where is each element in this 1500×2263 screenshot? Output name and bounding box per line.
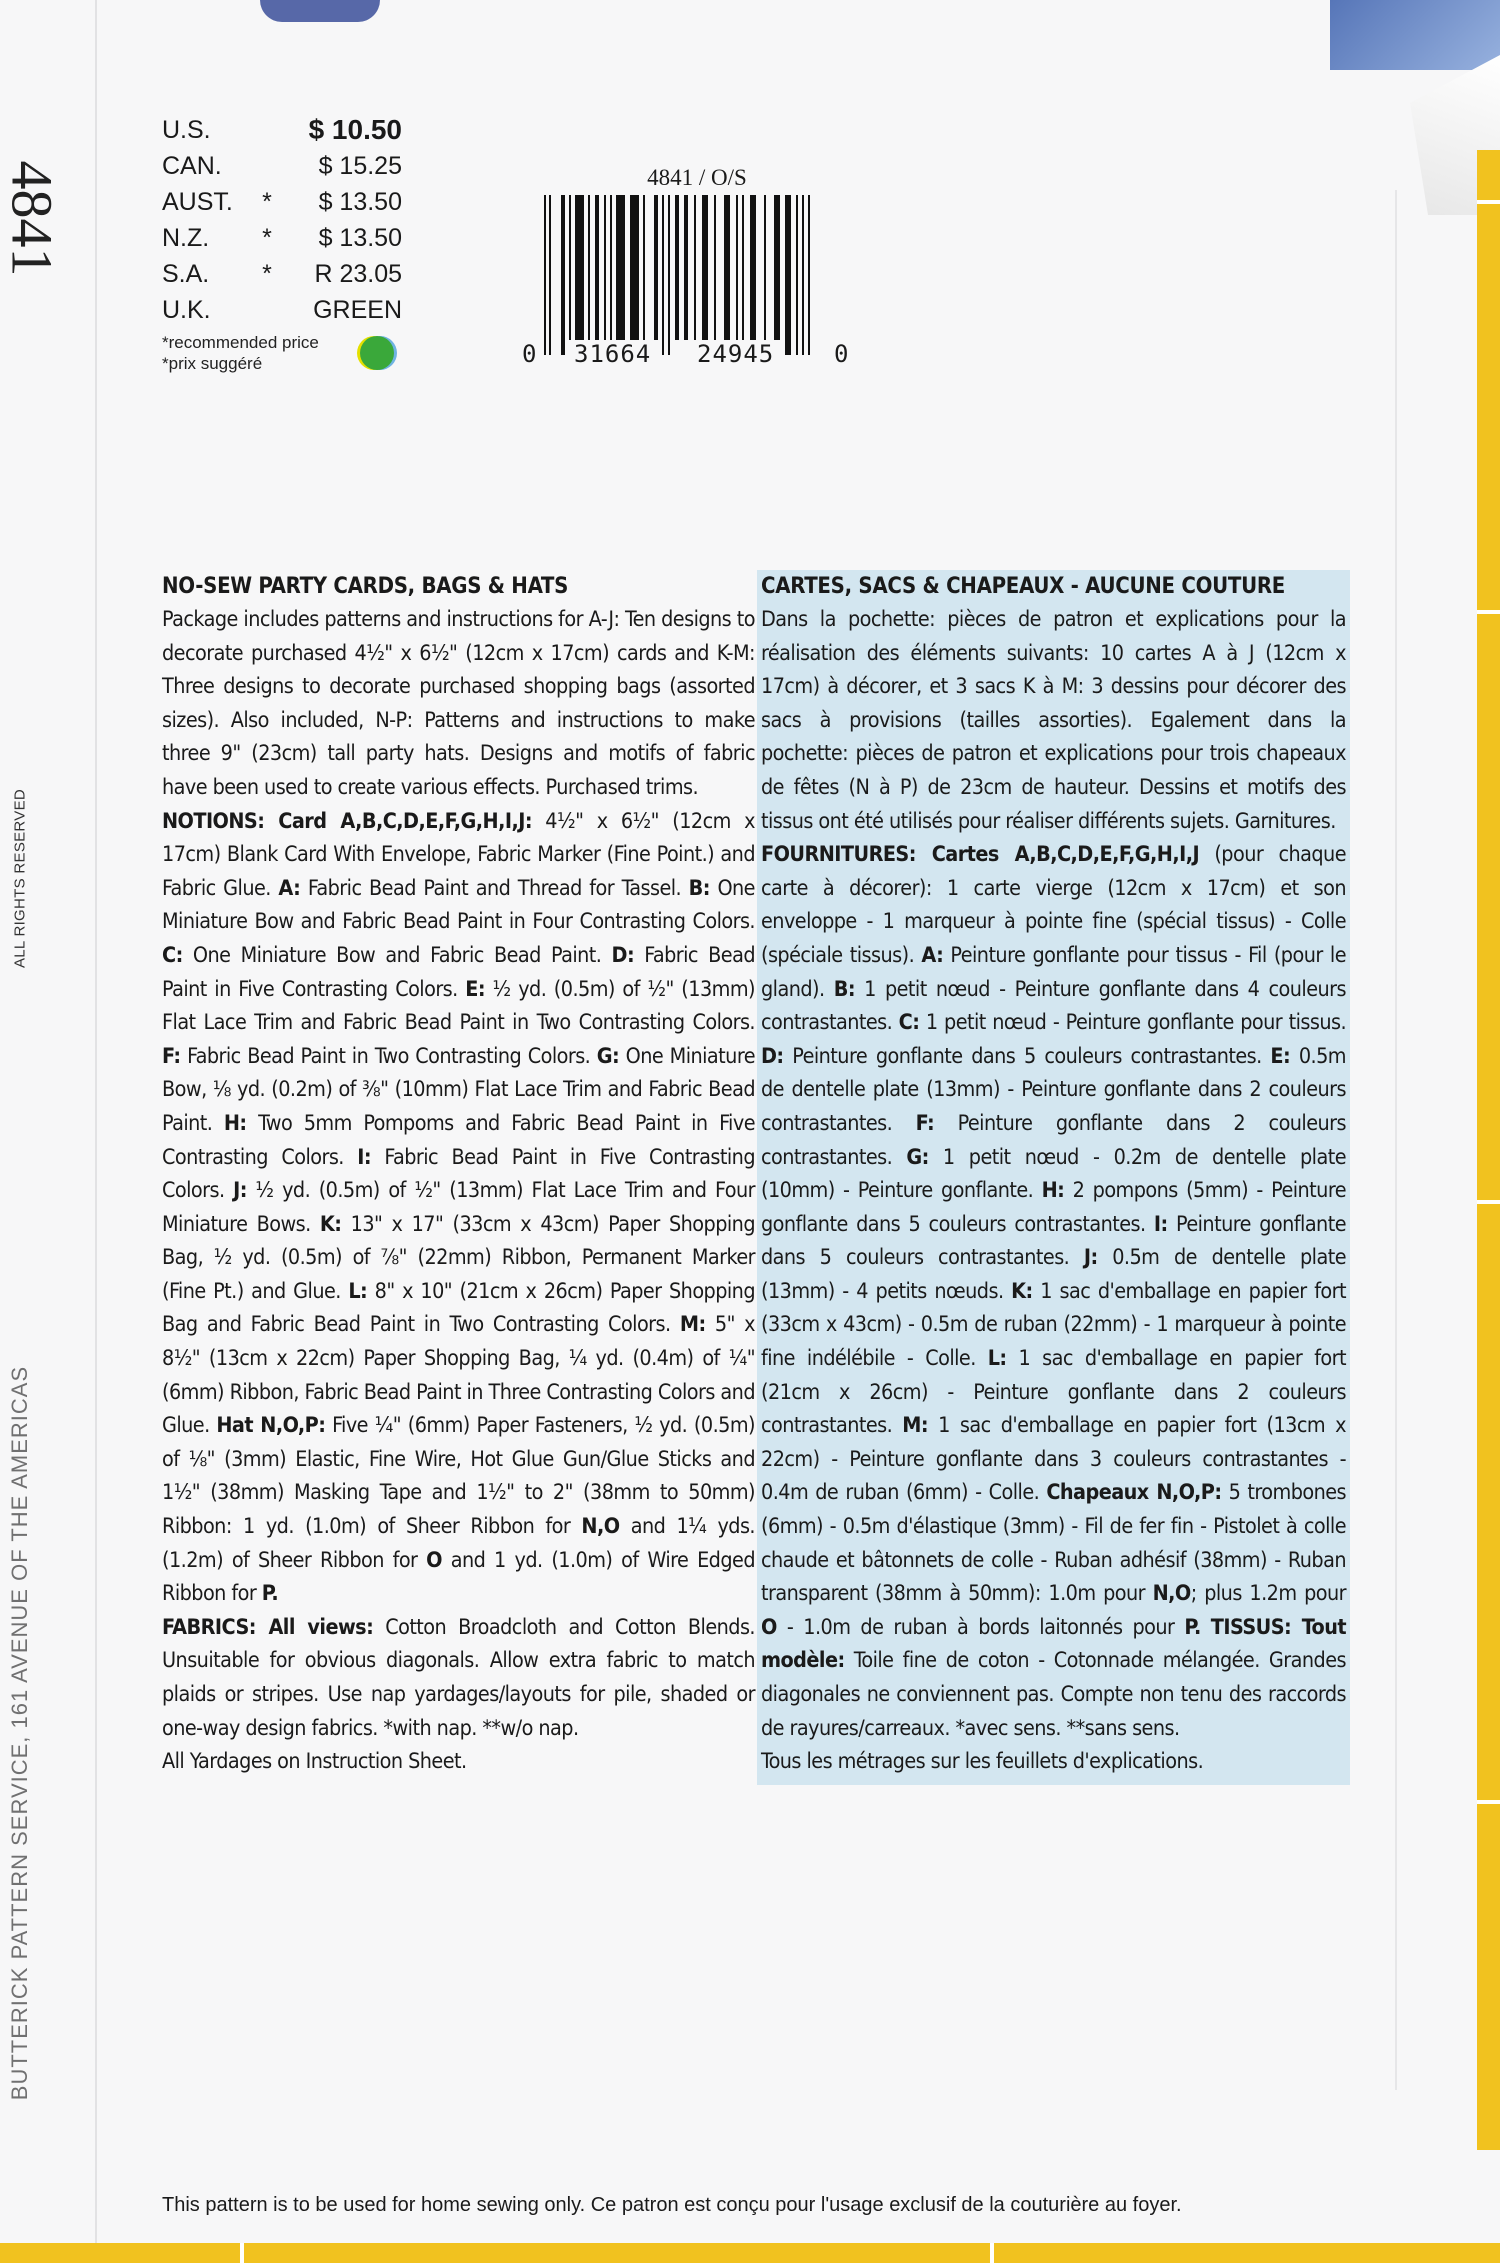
french-fournitures: FOURNITURES: Cartes A,B,C,D,E,F,G,H,I,J … xyxy=(761,838,1346,1745)
pattern-number-vertical: 4841 xyxy=(0,149,66,289)
english-title: NO-SEW PARTY CARDS, BAGS & HATS xyxy=(162,570,755,603)
french-yardages-note: Tous les métrages sur les feuillets d'ex… xyxy=(761,1745,1346,1779)
english-yardages-note: All Yardages on Instruction Sheet. xyxy=(162,1745,755,1779)
price-table: U.S. $ 10.50 CAN. $ 15.25 AUST. * $ 13.5… xyxy=(162,112,402,374)
top-right-edge-artwork xyxy=(1330,0,1500,70)
uk-green-dot-icon xyxy=(360,336,394,370)
price-row-us: U.S. $ 10.50 xyxy=(162,112,402,148)
english-fabrics: FABRICS: All views: Cotton Broadcloth an… xyxy=(162,1611,755,1745)
barcode-bars xyxy=(544,195,829,350)
pattern-envelope-back: 4841 ALL RIGHTS RESERVED BUTTERICK PATTE… xyxy=(0,0,1500,2263)
price-row-nz: N.Z. * $ 13.50 xyxy=(162,220,402,256)
home-sewing-notice: This pattern is to be used for home sewi… xyxy=(162,2194,1182,2217)
price-row-aust: AUST. * $ 13.50 xyxy=(162,184,402,220)
barcode: 4841 / O/S 0 31664 24945 0 xyxy=(522,165,852,365)
yellow-border-bottom xyxy=(0,2243,1500,2263)
price-row-uk: U.K. GREEN xyxy=(162,292,402,328)
english-description: NO-SEW PARTY CARDS, BAGS & HATS Package … xyxy=(162,570,755,1779)
right-fold-line xyxy=(1395,190,1397,2090)
french-description: CARTES, SACS & CHAPEAUX - AUCUNE COUTURE… xyxy=(757,570,1350,1785)
french-intro: Dans la pochette: pièces de patron et ex… xyxy=(761,603,1346,838)
top-edge-artwork xyxy=(260,0,380,22)
english-intro: Package includes patterns and instructio… xyxy=(162,603,755,805)
price-row-can: CAN. $ 15.25 xyxy=(162,148,402,184)
barcode-graphic: 0 31664 24945 0 xyxy=(522,195,852,365)
english-notions: NOTIONS: Card A,B,C,D,E,F,G,H,I,J: 4½" x… xyxy=(162,805,755,1611)
barcode-label: 4841 / O/S xyxy=(522,165,852,191)
yellow-border-right xyxy=(1477,150,1500,2150)
price-footnote: *recommended price *prix suggéré xyxy=(162,332,402,374)
publisher-address-vertical: BUTTERICK PATTERN SERVICE, 161 AVENUE OF… xyxy=(7,1283,33,2183)
french-title: CARTES, SACS & CHAPEAUX - AUCUNE COUTURE xyxy=(761,570,1346,603)
price-row-sa: S.A. * R 23.05 xyxy=(162,256,402,292)
left-fold-line xyxy=(95,0,97,2263)
rights-notice-vertical: ALL RIGHTS RESERVED xyxy=(12,739,29,1019)
